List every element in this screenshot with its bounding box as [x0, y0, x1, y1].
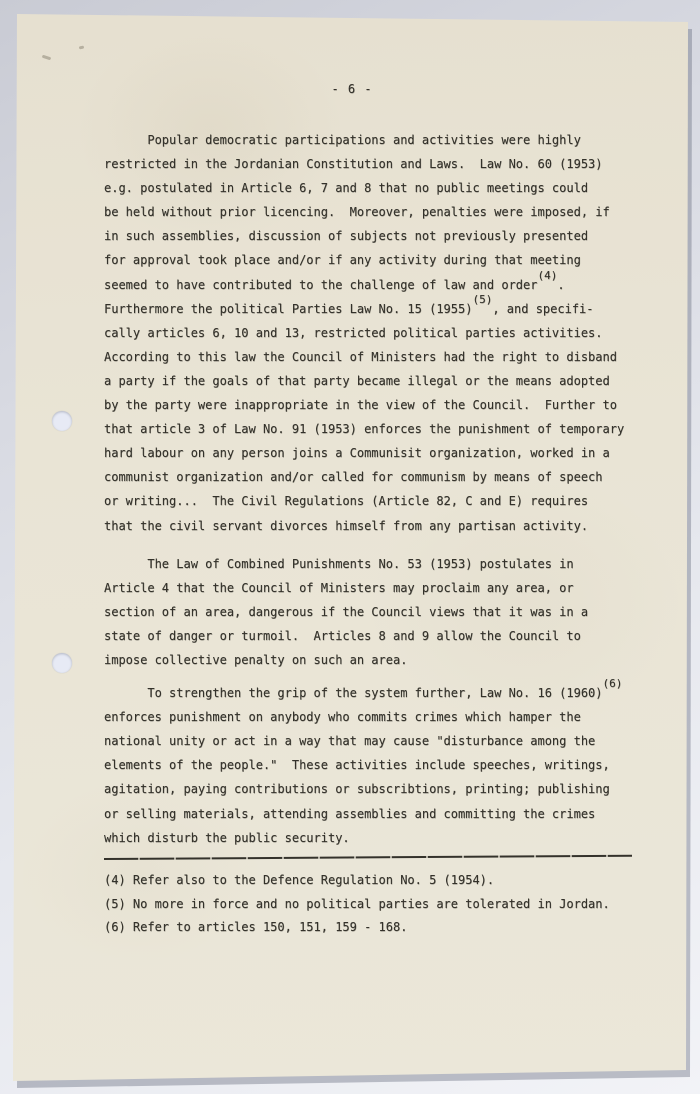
pencil-mark	[42, 55, 51, 61]
text-line: hard labour on any person joins a Commun…	[104, 441, 664, 465]
text-line: Furthermore the political Parties Law No…	[104, 297, 664, 321]
footnotes: (4) Refer also to the Defence Regulation…	[104, 869, 664, 940]
text-line: a party if the goals of that party becam…	[104, 369, 664, 393]
footnote-marker: (6)	[603, 677, 623, 690]
text-line: impose collective penalty on such an are…	[104, 648, 664, 672]
text-line: which disturb the public security.	[104, 826, 664, 850]
text-line: Article 4 that the Council of Ministers …	[104, 576, 664, 600]
text-line: be held without prior licencing. Moreove…	[104, 200, 664, 224]
text-line: To strengthen the grip of the system fur…	[104, 681, 664, 705]
footnote-marker: (5)	[472, 293, 492, 306]
punch-hole-bottom	[52, 653, 72, 673]
text-line: state of danger or turmoil. Articles 8 a…	[104, 624, 664, 648]
paragraph: Popular democratic participations and ac…	[104, 128, 664, 538]
text-line: enforces punishment on anybody who commi…	[104, 705, 664, 729]
text-line: for approval took place and/or if any ac…	[104, 248, 664, 272]
paragraph: The Law of Combined Punishments No. 53 (…	[104, 552, 664, 672]
text-line: elements of the people." These activitie…	[104, 753, 664, 777]
pencil-mark	[79, 46, 85, 50]
text-line: (5) No more in force and no political pa…	[104, 893, 664, 917]
text-line: in such assemblies, discussion of subjec…	[104, 224, 664, 248]
text-line: communist organization and/or called for…	[104, 465, 664, 489]
paragraph: To strengthen the grip of the system fur…	[104, 681, 664, 850]
document-body: Popular democratic participations and ac…	[104, 128, 664, 850]
text-line: or selling materials, attending assembli…	[104, 802, 664, 826]
paper-sheet: - 6 - Popular democratic participations …	[0, 0, 700, 1094]
page-number: - 6 -	[104, 77, 600, 101]
photo-backdrop: - 6 - Popular democratic participations …	[0, 0, 700, 1094]
text-line: seemed to have contributed to the challe…	[104, 273, 664, 297]
text-line: by the party were inappropriate in the v…	[104, 393, 664, 417]
text-line: cally articles 6, 10 and 13, restricted …	[104, 321, 664, 345]
text-line: that article 3 of Law No. 91 (1953) enfo…	[104, 417, 664, 441]
text-line: According to this law the Council of Min…	[104, 345, 664, 369]
text-line: that the civil servant divorces himself …	[104, 514, 664, 538]
text-line: restricted in the Jordanian Constitution…	[104, 152, 664, 176]
punch-hole-top	[52, 411, 72, 431]
footnote-marker: (4)	[537, 269, 557, 282]
text-line: or writing... The Civil Regulations (Art…	[104, 489, 664, 513]
text-line: e.g. postulated in Article 6, 7 and 8 th…	[104, 176, 664, 200]
text-line: agitation, paying contributions or subsc…	[104, 777, 664, 801]
text-line: (4) Refer also to the Defence Regulation…	[104, 869, 664, 893]
text-line: Popular democratic participations and ac…	[104, 128, 664, 152]
text-line: section of an area, dangerous if the Cou…	[104, 600, 664, 624]
text-line: national unity or act in a way that may …	[104, 729, 664, 753]
text-line: (6) Refer to articles 150, 151, 159 - 16…	[104, 916, 664, 940]
text-line: The Law of Combined Punishments No. 53 (…	[104, 552, 664, 576]
footnote-separator	[104, 855, 632, 860]
